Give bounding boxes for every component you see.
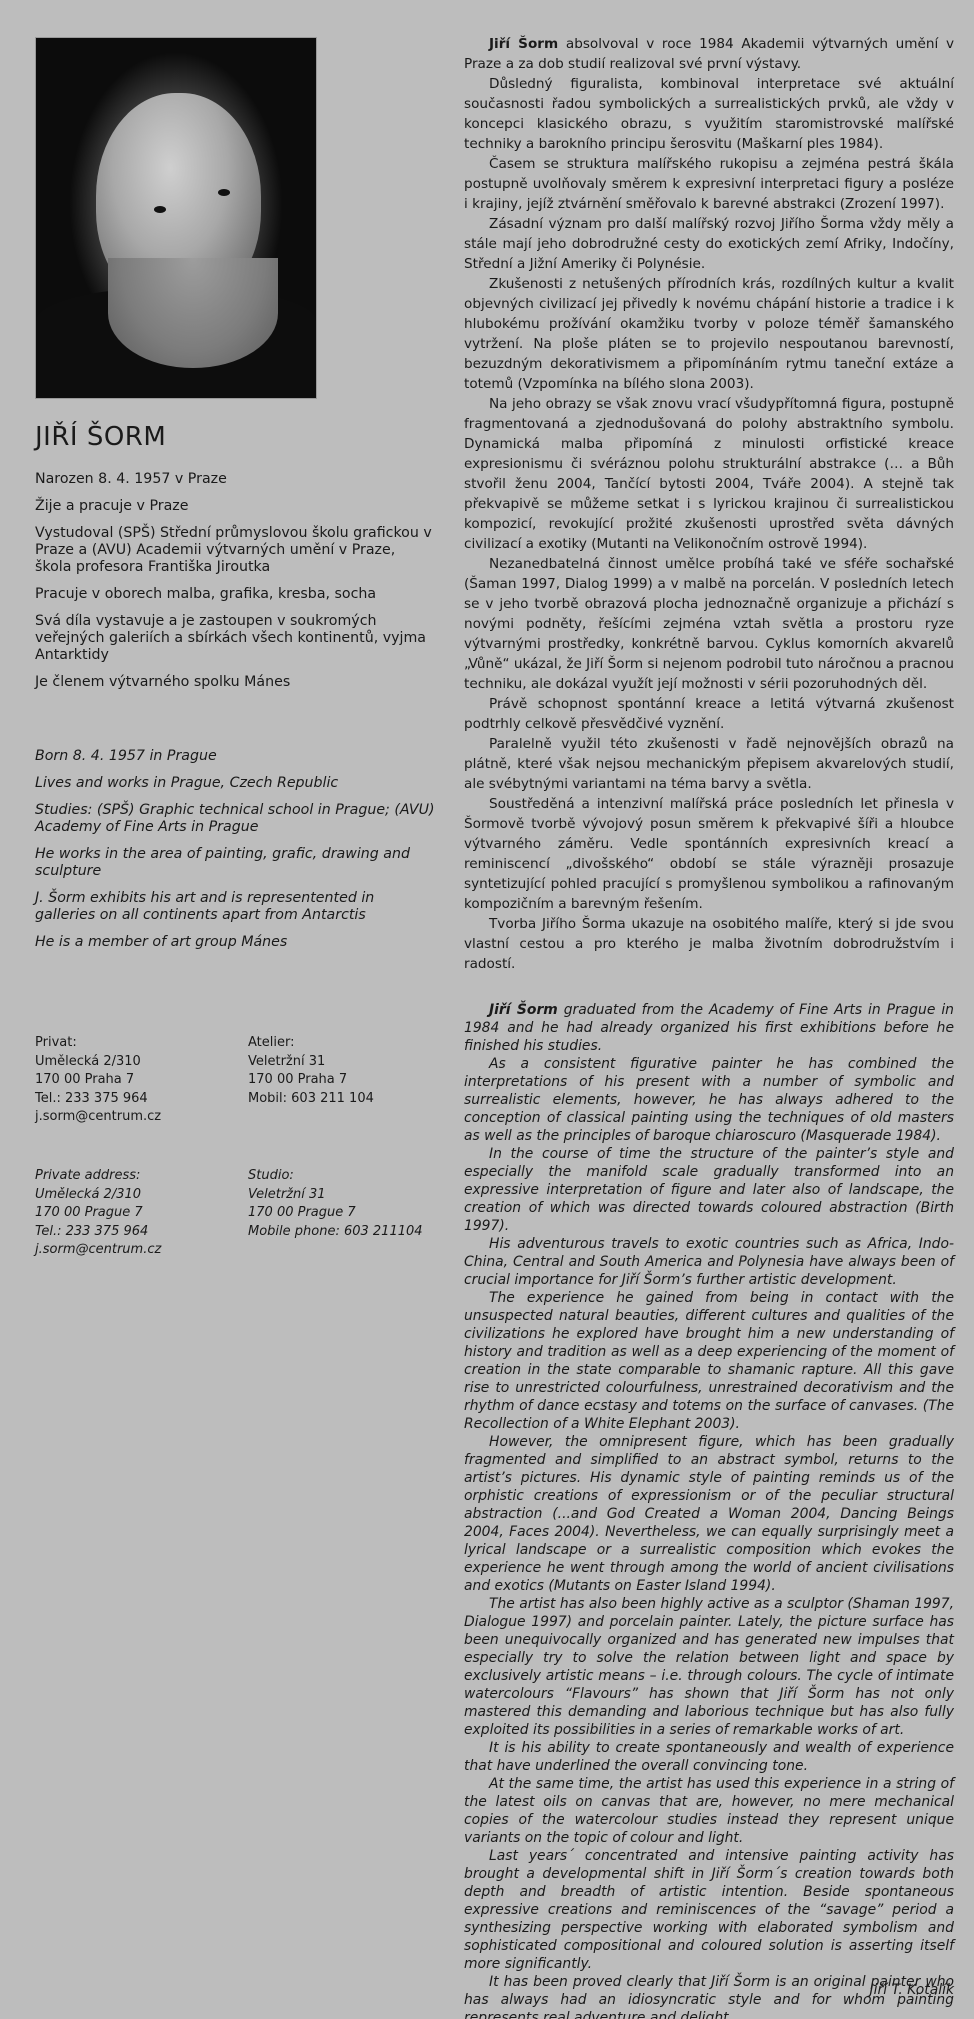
fact-fields: He works in the area of painting, grafic…	[35, 846, 435, 880]
artist-portrait-photo	[35, 37, 317, 399]
fact-studies: Vystudoval (SPŠ) Střední průmyslovou ško…	[35, 525, 435, 576]
essay-english: Jiří Šorm graduated from the Academy of …	[464, 1001, 954, 2019]
essay-paragraph: Paralelně využil této zkušenosti v řadě …	[464, 734, 954, 794]
private-address-block: Private address: Umělecká 2/310 170 00 P…	[35, 1167, 235, 1260]
private-street: Umělecká 2/310	[35, 1053, 235, 1072]
portrait-eye-right	[218, 189, 230, 196]
essay-paragraph: His adventurous travels to exotic countr…	[464, 1235, 954, 1289]
essay-paragraph: Na jeho obrazy se však znovu vrací všudy…	[464, 394, 954, 554]
studio-address-block: Studio: Veletržní 31 170 00 Prague 7 Mob…	[248, 1167, 448, 1241]
studio-label: Atelier:	[248, 1034, 448, 1053]
facts-czech: Narozen 8. 4. 1957 v Praze Žije a pracuj…	[35, 471, 435, 701]
private-label: Privat:	[35, 1034, 235, 1053]
studio-city: 170 00 Prague 7	[248, 1204, 448, 1223]
fact-born: Narozen 8. 4. 1957 v Praze	[35, 471, 435, 488]
essay-paragraph: In the course of time the structure of t…	[464, 1145, 954, 1235]
studio-address-block: Atelier: Veletržní 31 170 00 Praha 7 Mob…	[248, 1034, 448, 1108]
private-email-link[interactable]: j.sorm@centrum.cz	[35, 1108, 235, 1127]
essay-paragraph: Zásadní význam pro další malířský rozvoj…	[464, 214, 954, 274]
artist-name-heading: JIŘÍ ŠORM	[35, 422, 166, 452]
essay-paragraph: Právě schopnost spontánní kreace a letit…	[464, 694, 954, 734]
fact-lives: Žije a pracuje v Praze	[35, 498, 435, 515]
fact-member: He is a member of art group Mánes	[35, 934, 435, 951]
private-address-block: Privat: Umělecká 2/310 170 00 Praha 7 Te…	[35, 1034, 235, 1127]
essay-lead-name: Jiří Šorm	[489, 36, 558, 52]
private-street: Umělecká 2/310	[35, 1186, 235, 1205]
studio-city: 170 00 Praha 7	[248, 1071, 448, 1090]
studio-street: Veletržní 31	[248, 1053, 448, 1072]
private-phone: Tel.: 233 375 964	[35, 1090, 235, 1109]
fact-studies: Studies: (SPŠ) Graphic technical school …	[35, 802, 435, 836]
essay-paragraph: Jiří Šorm absolvoval v roce 1984 Akademi…	[464, 34, 954, 74]
essay-paragraph: However, the omnipresent figure, which h…	[464, 1433, 954, 1595]
studio-mobile: Mobile phone: 603 211104	[248, 1223, 448, 1242]
facts-english: Born 8. 4. 1957 in Prague Lives and work…	[35, 748, 435, 961]
essay-paragraph: Jiří Šorm graduated from the Academy of …	[464, 1001, 954, 1055]
essay-paragraph: Tvorba Jiřího Šorma ukazuje na osobitého…	[464, 914, 954, 974]
essay-paragraph: Zkušenosti z netušených přírodních krás,…	[464, 274, 954, 394]
author-signature: Jiří T. Kotalík	[870, 1982, 954, 1998]
essay-paragraph: As a consistent figurative painter he ha…	[464, 1055, 954, 1145]
portrait-collar	[108, 258, 278, 368]
essay-paragraph: It is his ability to create spontaneousl…	[464, 1739, 954, 1775]
private-city: 170 00 Praha 7	[35, 1071, 235, 1090]
essay-paragraph: At the same time, the artist has used th…	[464, 1775, 954, 1847]
studio-mobile: Mobil: 603 211 104	[248, 1090, 448, 1109]
essay-paragraph: Last years´ concentrated and intensive p…	[464, 1847, 954, 1973]
essay-czech: Jiří Šorm absolvoval v roce 1984 Akademi…	[464, 34, 954, 974]
fact-member: Je členem výtvarného spolku Mánes	[35, 674, 435, 691]
essay-paragraph: Nezanedbatelná činnost umělce probíhá ta…	[464, 554, 954, 694]
fact-exhibits: Svá díla vystavuje a je zastoupen v souk…	[35, 613, 435, 664]
essay-paragraph: The artist has also been highly active a…	[464, 1595, 954, 1739]
fact-lives: Lives and works in Prague, Czech Republi…	[35, 775, 435, 792]
studio-street: Veletržní 31	[248, 1186, 448, 1205]
private-city: 170 00 Prague 7	[35, 1204, 235, 1223]
studio-label: Studio:	[248, 1167, 448, 1186]
private-label: Private address:	[35, 1167, 235, 1186]
essay-paragraph: Důsledný figuralista, kombinoval interpr…	[464, 74, 954, 154]
essay-paragraph: Soustředěná a intenzivní malířská práce …	[464, 794, 954, 914]
essay-lead-name: Jiří Šorm	[489, 1002, 558, 1018]
portrait-eye-left	[154, 206, 166, 213]
private-phone: Tel.: 233 375 964	[35, 1223, 235, 1242]
fact-born: Born 8. 4. 1957 in Prague	[35, 748, 435, 765]
private-email-link[interactable]: j.sorm@centrum.cz	[35, 1241, 235, 1260]
fact-exhibits: J. Šorm exhibits his art and is represen…	[35, 890, 435, 924]
essay-paragraph: Časem se struktura malířského rukopisu a…	[464, 154, 954, 214]
fact-fields: Pracuje v oborech malba, grafika, kresba…	[35, 586, 435, 603]
essay-paragraph: The experience he gained from being in c…	[464, 1289, 954, 1433]
